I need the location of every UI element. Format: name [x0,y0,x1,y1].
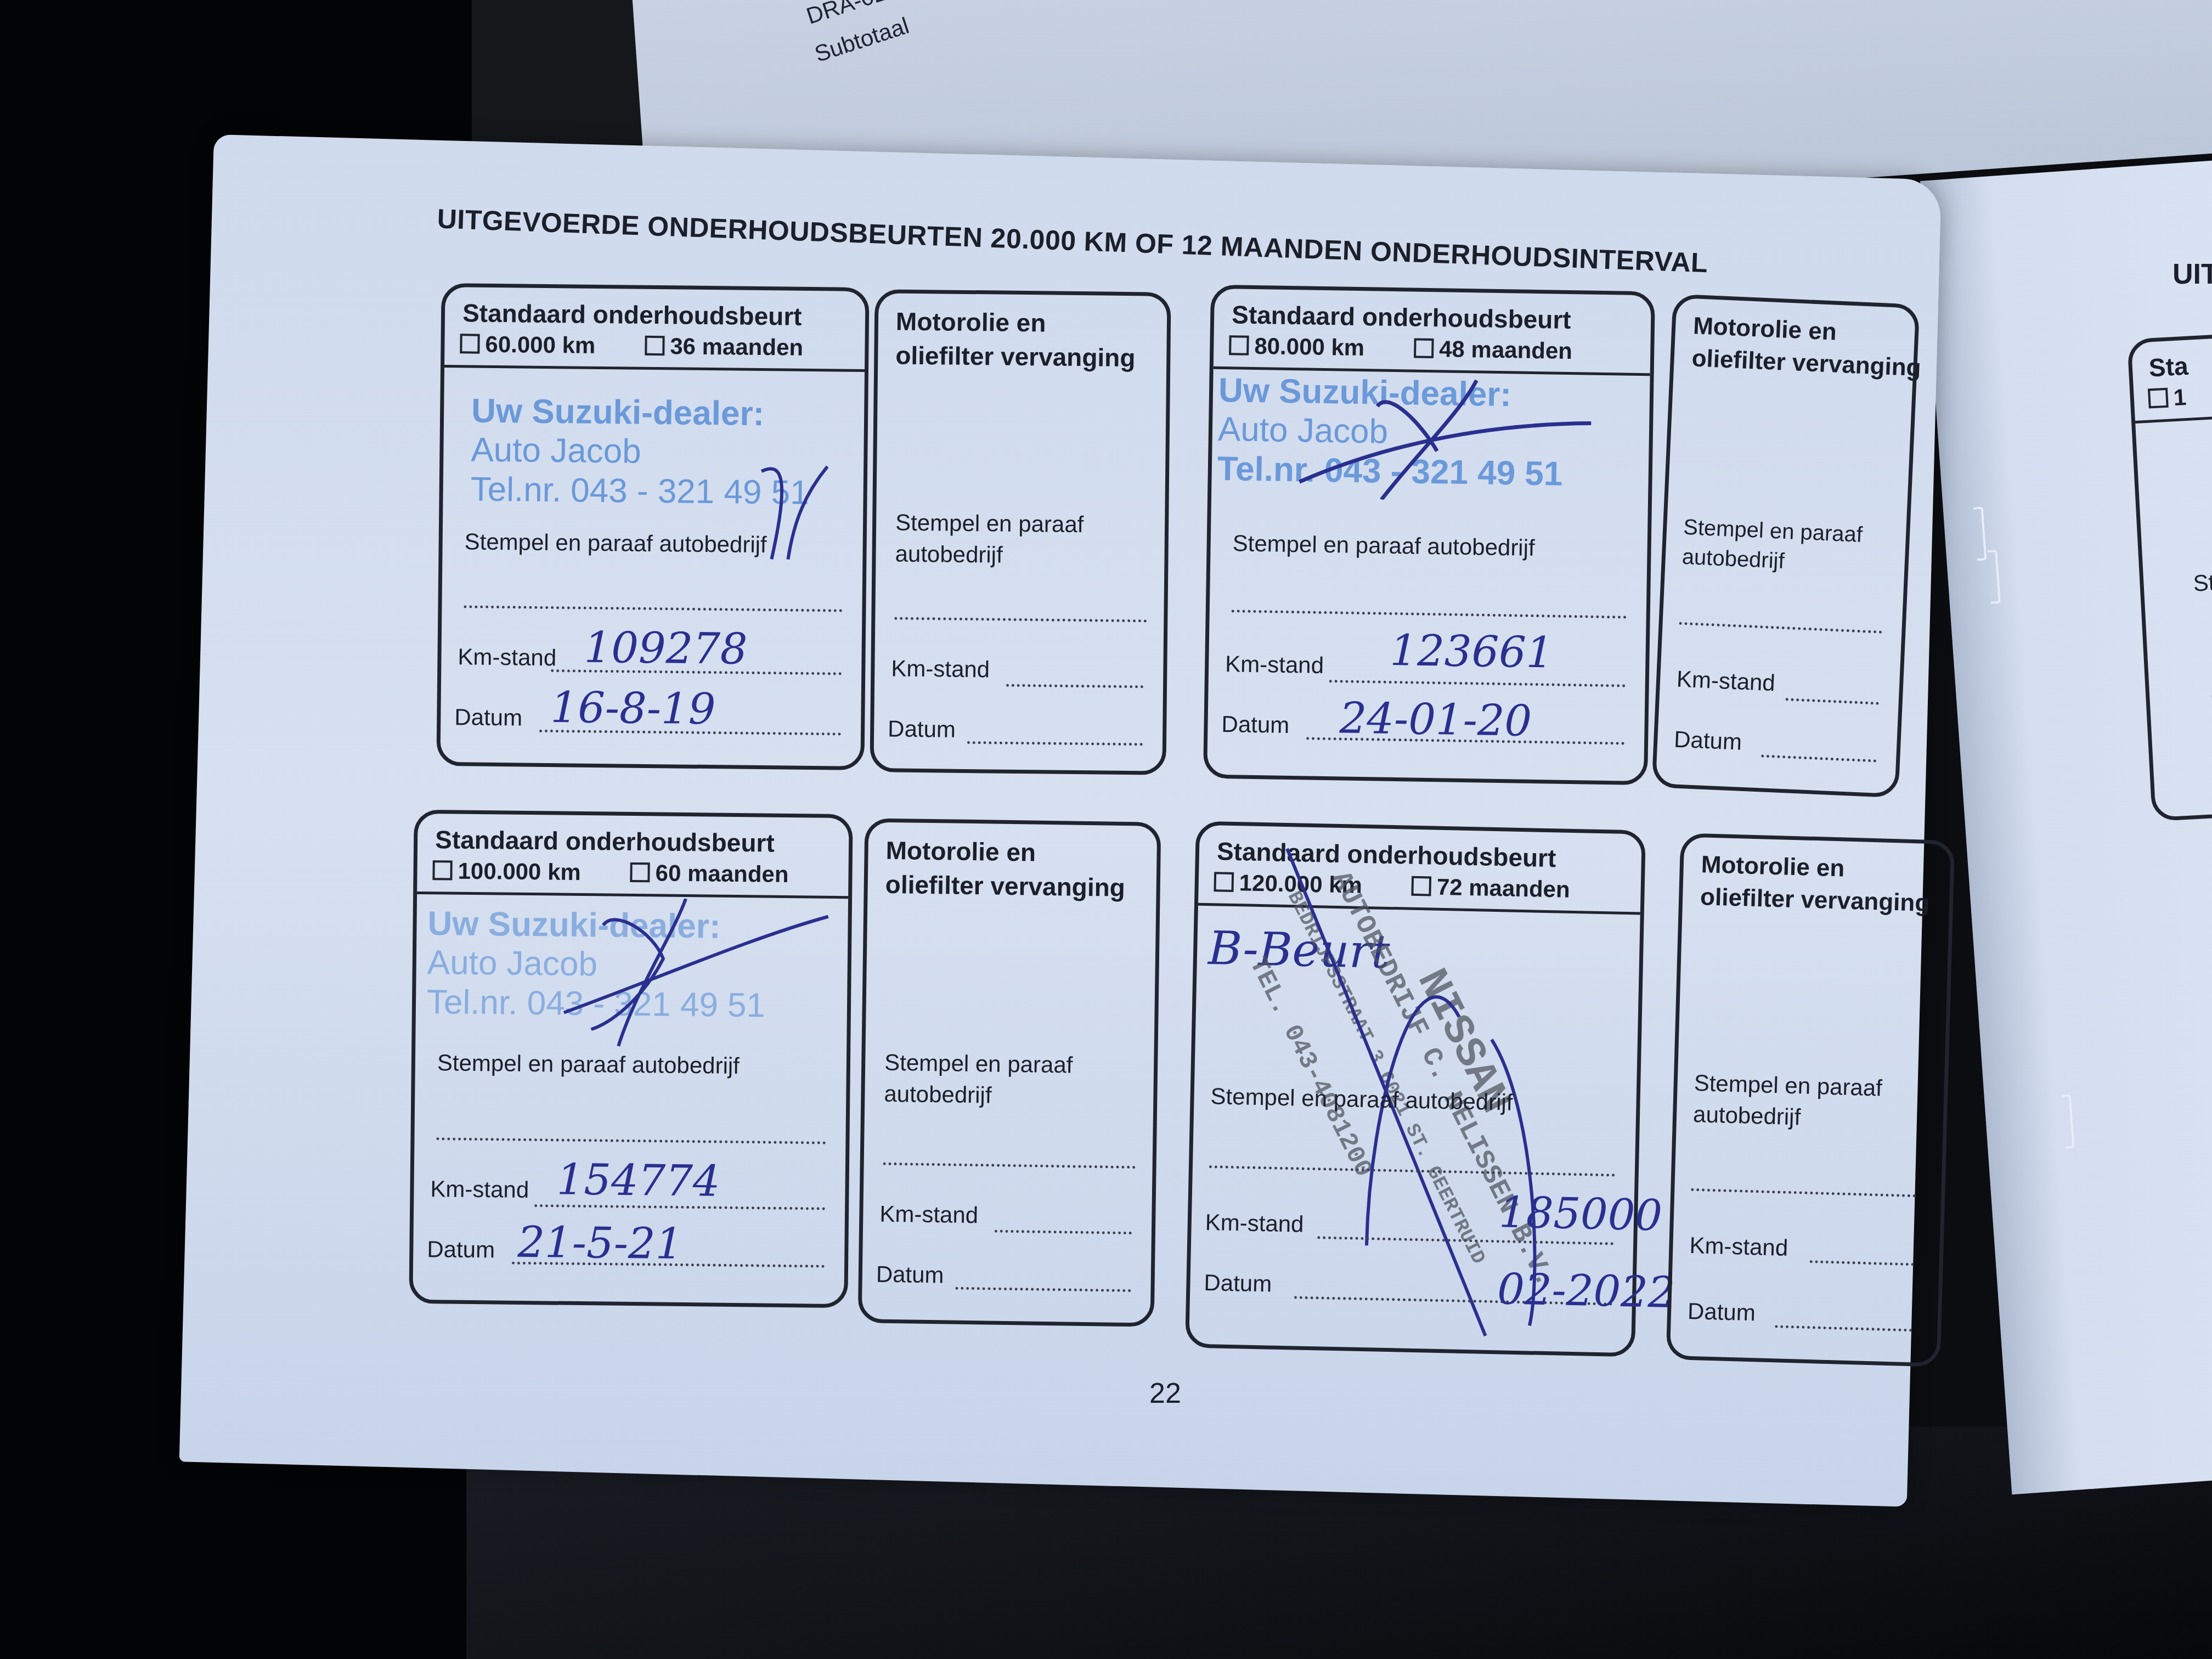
signature-mark [541,897,850,1054]
oil-header: Motorolie enoliefilter vervanging [1673,298,1916,385]
service-date: 21-5-21 [517,1218,683,1269]
km-line [1329,680,1626,687]
checkbox-icon[interactable] [630,862,650,882]
km-line [1786,698,1879,704]
oil-change-box-2: Motorolie enoliefilter vervanging Stempe… [1652,294,1920,798]
service-options: 80.000 km 48 maanden [1214,329,1651,376]
service-date: 16-8-19 [550,683,716,734]
checkbox-icon[interactable] [2148,388,2169,409]
right-box-options: 1 [2133,375,2212,424]
date-line [1761,754,1876,762]
km-line [1006,684,1143,689]
stamp-label: Stempel en paraafautobedrijf [895,507,1084,572]
date-label: Datum [1204,1269,1272,1297]
stamp-label: Stempel en paraaf autobedrijf [1210,1083,1513,1116]
service-header: Standaard onderhoudsbeurt [445,287,866,332]
km-line [1810,1260,1914,1266]
date-line [1775,1325,1912,1331]
signature-line [1691,1188,1916,1197]
stamp-label: Stempel en paraaf autobedrijf [437,1049,740,1079]
date-label: Datum [427,1236,495,1263]
right-box-stamp-fragment: St [2192,569,2212,597]
oil-header: Motorolie enoliefilter vervanging [1682,837,1951,920]
oil-change-box-4: Motorolie enoliefilter vervanging Stempe… [1666,833,1955,1367]
signature-line [894,617,1147,623]
service-date: 24-01-20 [1339,693,1532,746]
checkbox-icon[interactable] [1414,338,1434,359]
oil-header: Motorolie enoliefilter vervanging [878,293,1167,375]
date-label: Datum [1221,711,1289,738]
km-option[interactable]: 60.000 km [460,331,595,359]
signature-line [1679,622,1882,634]
oil-header: Motorolie enoliefilter vervanging [867,822,1157,905]
signature-line [1232,610,1627,618]
km-label: Km-stand [1689,1232,1788,1261]
right-box-header: Sta [2131,335,2212,383]
km-line [995,1230,1132,1234]
km-reading: 185000 [1498,1188,1663,1240]
checkbox-icon[interactable] [1214,872,1234,892]
km-option[interactable]: 100.000 km [432,857,581,885]
km-label: Km-stand [1205,1209,1304,1238]
staple-lower [1987,550,2001,604]
km-label: Km-stand [879,1201,978,1229]
km-label: Km-stand [891,656,990,683]
stamp-label: Stempel en paraaf autobedrijf [1232,530,1535,561]
stamp-label: Stempel en paraafautobedrijf [1681,512,1863,579]
signature-line [464,605,842,612]
stamp-label: Stempel en paraaf autobedrijf [464,528,767,558]
service-header: Standaard onderhoudsbeurt [1214,289,1651,336]
date-line [955,1287,1131,1292]
checkbox-icon[interactable] [432,860,452,880]
months-option[interactable]: 36 maanden [645,333,803,361]
service-box-120000: Standaard onderhoudsbeurt 120.000 km 72 … [1185,821,1646,1357]
km-label: Km-stand [1676,666,1776,697]
signature-line [436,1137,826,1144]
km-label: Km-stand [430,1176,529,1203]
km-label: Km-stand [458,644,556,671]
km-reading: 109278 [584,623,748,674]
checkbox-icon[interactable] [1229,335,1249,356]
stamp-label: Stempel en paraafautobedrijf [884,1047,1073,1112]
right-page-title-fragment: UIT [2172,258,2212,291]
km-reading: 123661 [1390,626,1554,678]
signature-line [883,1163,1136,1169]
service-box-60000: Standaard onderhoudsbeurt 60.000 km 36 m… [436,283,869,770]
oil-change-box-3: Motorolie enoliefilter vervanging Stempe… [858,818,1161,1327]
date-line [967,741,1143,746]
right-box-km-fragment: K [2210,690,2212,716]
date-label: Datum [876,1261,944,1289]
service-date: 02-2022 [1497,1265,1675,1318]
stamp-label: Stempel en paraafautobedrijf [1692,1068,1882,1135]
date-label: Datum [1673,726,1742,755]
signature-mark [1294,372,1603,503]
service-options: 60.000 km 36 maanden [444,328,865,372]
page-number: 22 [1149,1377,1181,1410]
months-option[interactable]: 60 maanden [630,860,789,888]
km-reading: 154774 [556,1155,720,1206]
checkbox-icon[interactable] [645,336,664,356]
service-box-80000: Standaard onderhoudsbeurt 80.000 km 48 m… [1203,285,1655,786]
staple-top [1973,506,1987,561]
months-option[interactable]: 48 maanden [1414,336,1572,365]
date-label: Datum [1687,1298,1756,1326]
checkbox-icon[interactable] [460,334,479,353]
service-box-100000: Standaard onderhoudsbeurt 100.000 km 60 … [409,810,853,1308]
service-header: Standaard onderhoudsbeurt [417,814,849,859]
date-label: Datum [454,704,522,731]
km-option[interactable]: 80.000 km [1229,332,1365,361]
staple-bottom [2061,1094,2075,1149]
service-options: 100.000 km 60 maanden [417,854,849,899]
oil-change-box-1: Motorolie enoliefilter vervanging Stempe… [870,289,1171,775]
date-label: Datum [888,715,956,742]
km-label: Km-stand [1225,651,1324,679]
